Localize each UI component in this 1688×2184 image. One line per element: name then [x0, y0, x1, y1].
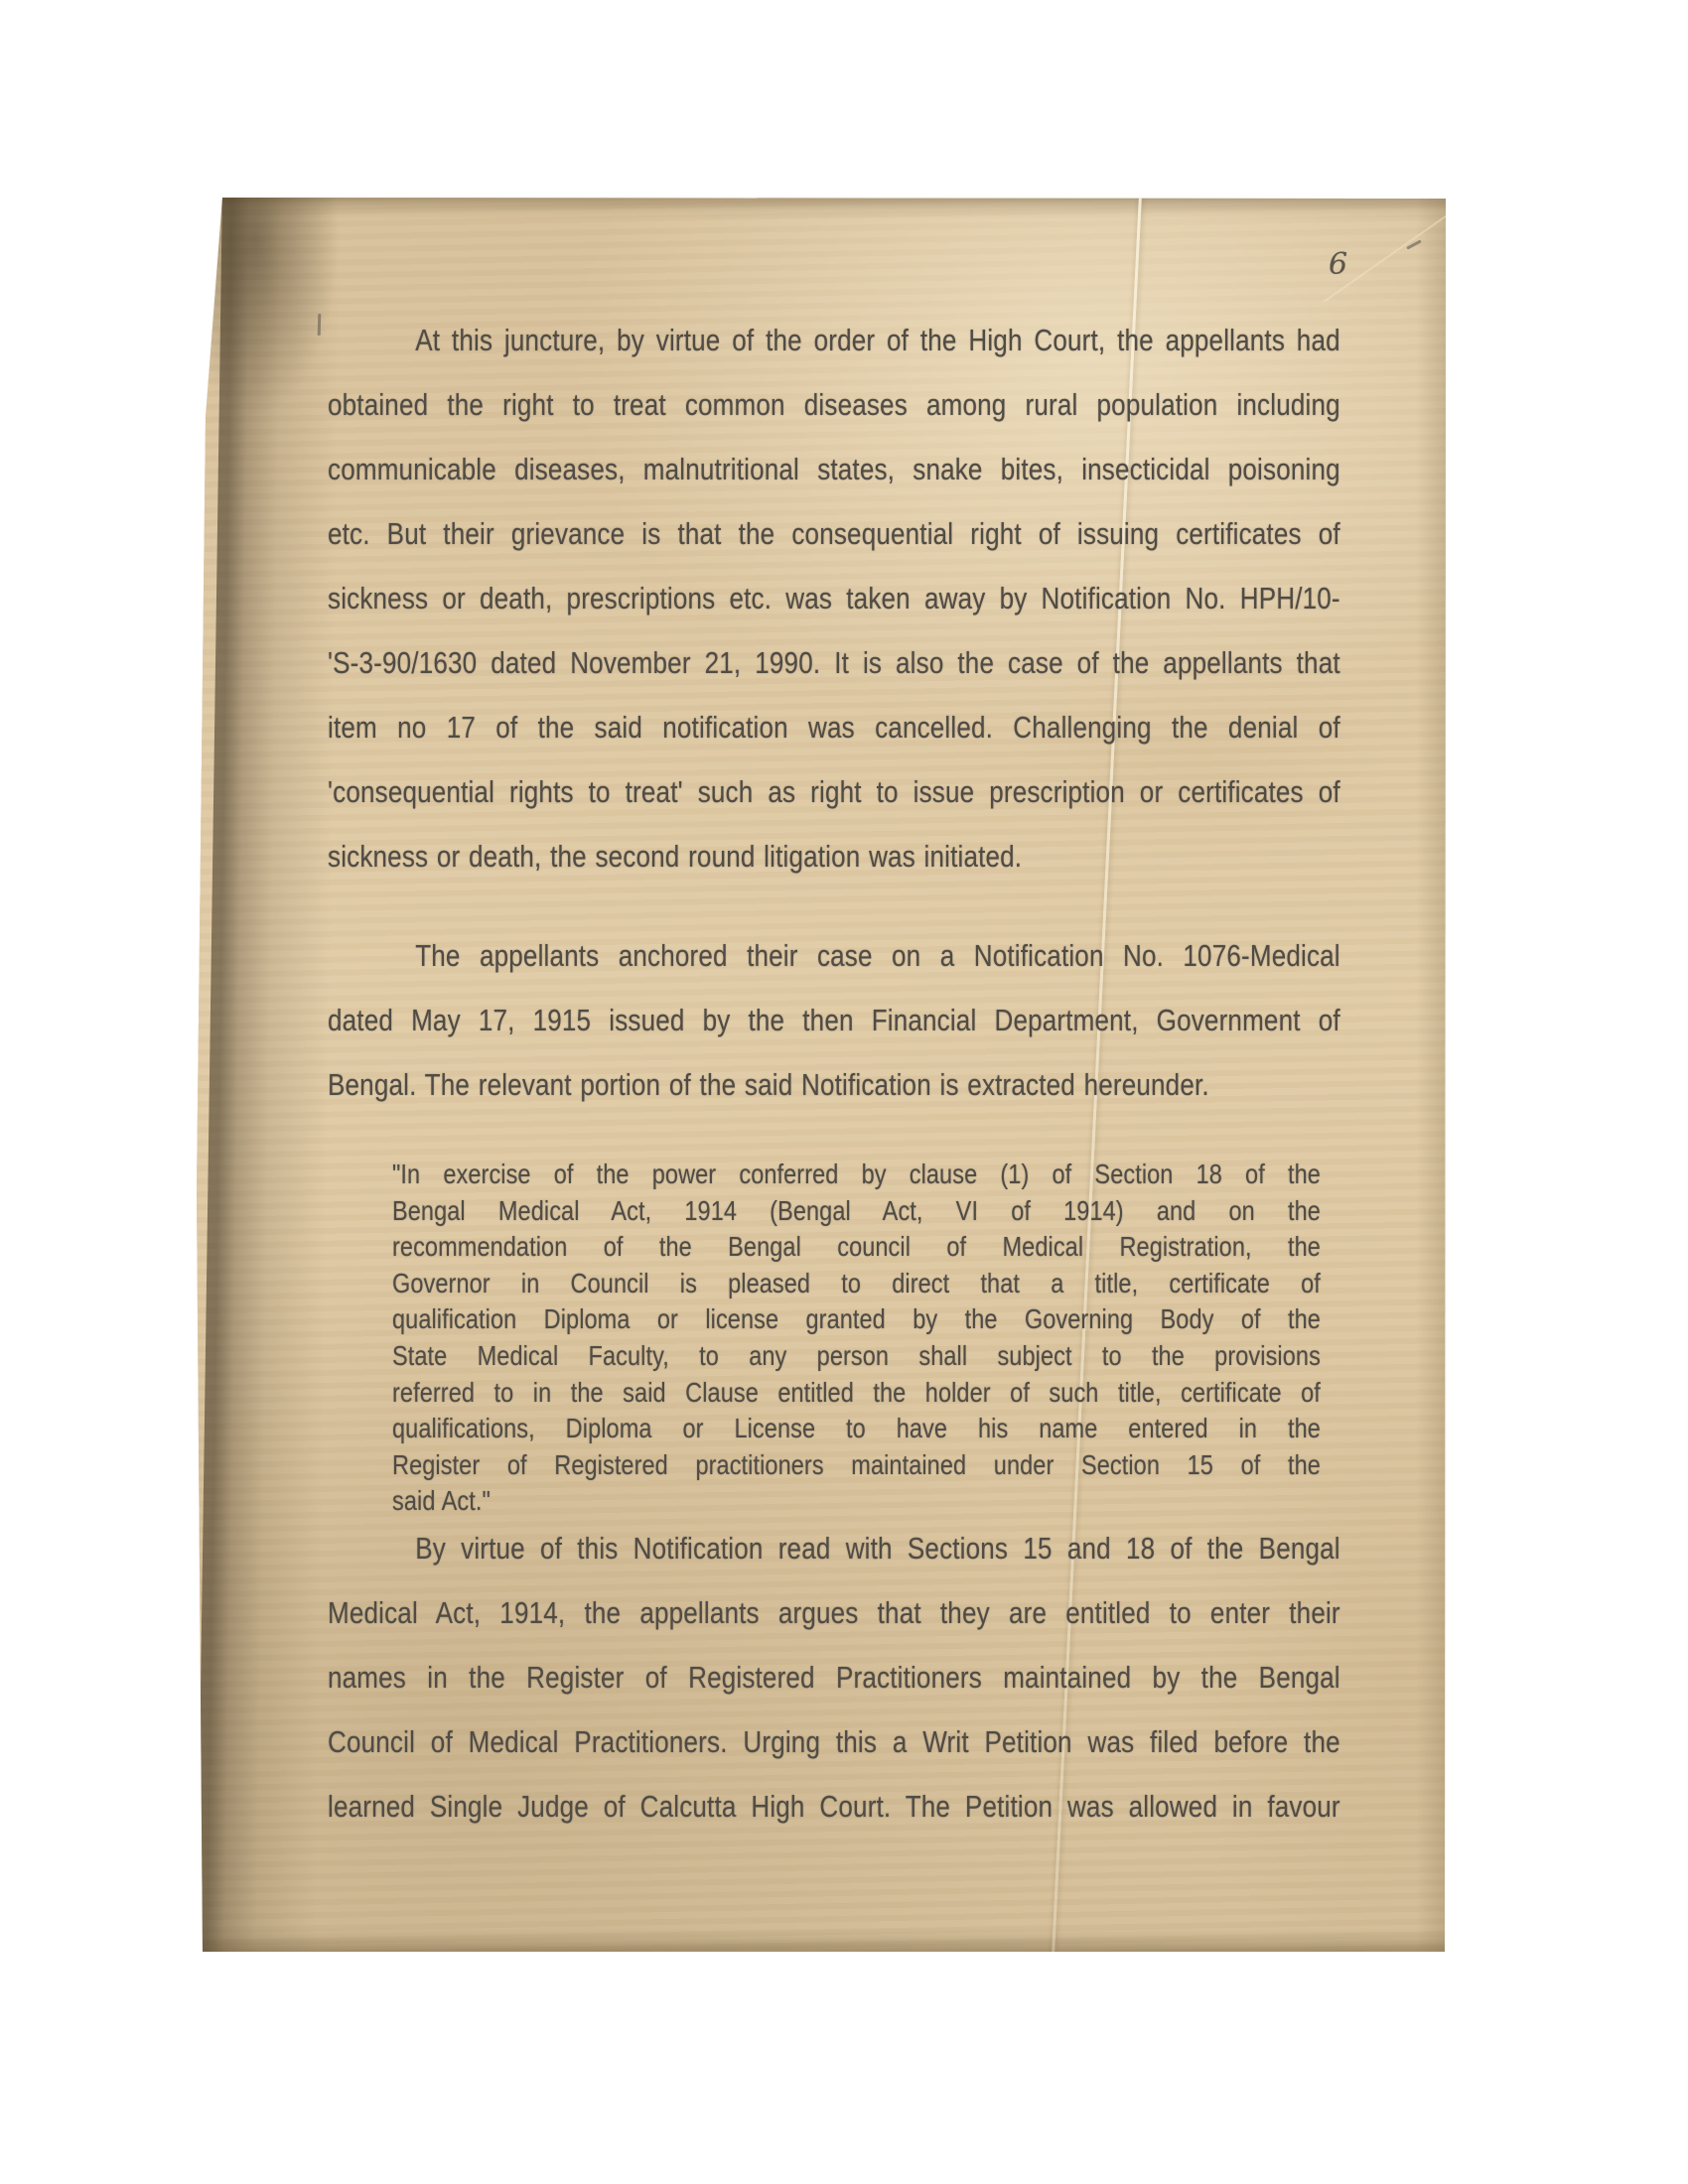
body-line: learned Single Judge of Calcutta High Co… [328, 1774, 1340, 1839]
paragraph-2: The appellants anchored their case on a … [328, 923, 1340, 1117]
body-line: obtained the right to treat common disea… [328, 372, 1340, 437]
body-line: Medical Act, 1914, the appellants argues… [328, 1580, 1340, 1645]
body-line: etc. But their grievance is that the con… [328, 501, 1340, 566]
quoted-notification-block: "In exercise of the power conferred by c… [392, 1157, 1321, 1520]
quote-line: Register of Registered practitioners mai… [392, 1447, 1321, 1484]
body-line: item no 17 of the said notification was … [328, 695, 1340, 759]
quote-line: "In exercise of the power conferred by c… [392, 1157, 1321, 1193]
body-line: communicable diseases, malnutritional st… [328, 437, 1340, 501]
document-page: 6 At this juncture, by virtue of the ord… [197, 198, 1446, 1952]
scan-background: 6 At this juncture, by virtue of the ord… [0, 0, 1688, 2184]
quote-line: State Medical Faculty, to any person sha… [392, 1338, 1321, 1375]
bottom-edge-shadow [197, 1928, 1446, 1952]
paragraph-1: At this juncture, by virtue of the order… [328, 308, 1340, 888]
quote-line: said Act." [392, 1483, 1321, 1520]
body-line: dated May 17, 1915 issued by the then Fi… [328, 988, 1340, 1052]
quote-line: qualification Diploma or license granted… [392, 1301, 1321, 1338]
quote-line: qualifications, Diploma or License to ha… [392, 1411, 1321, 1447]
body-line: sickness or death, prescriptions etc. wa… [328, 566, 1340, 630]
body-line: 'S-3-90/1630 dated November 21, 1990. It… [328, 630, 1340, 695]
margin-tick-artifact [318, 314, 322, 336]
body-line: 'consequential rights to treat' such as … [328, 759, 1340, 824]
quote-line: Governor in Council is pleased to direct… [392, 1266, 1321, 1302]
body-line: At this juncture, by virtue of the order… [328, 308, 1340, 372]
page-number: 6 [1329, 247, 1348, 282]
body-line: names in the Register of Registered Prac… [328, 1645, 1340, 1709]
body-line: By virtue of this Notification read with… [328, 1516, 1340, 1580]
body-line: sickness or death, the second round liti… [328, 824, 1340, 888]
body-line: Council of Medical Practitioners. Urging… [328, 1709, 1340, 1774]
stray-mark-artifact [1406, 239, 1422, 249]
body-line: The appellants anchored their case on a … [328, 923, 1340, 988]
top-edge-shadow [197, 198, 1446, 219]
body-line: Bengal. The relevant portion of the said… [328, 1052, 1340, 1117]
right-edge-shadow [1416, 198, 1446, 1952]
paragraph-3: By virtue of this Notification read with… [328, 1516, 1340, 1839]
quote-line: Bengal Medical Act, 1914 (Bengal Act, VI… [392, 1193, 1321, 1230]
quote-line: recommendation of the Bengal council of … [392, 1229, 1321, 1266]
quote-line: referred to in the said Clause entitled … [392, 1375, 1321, 1412]
